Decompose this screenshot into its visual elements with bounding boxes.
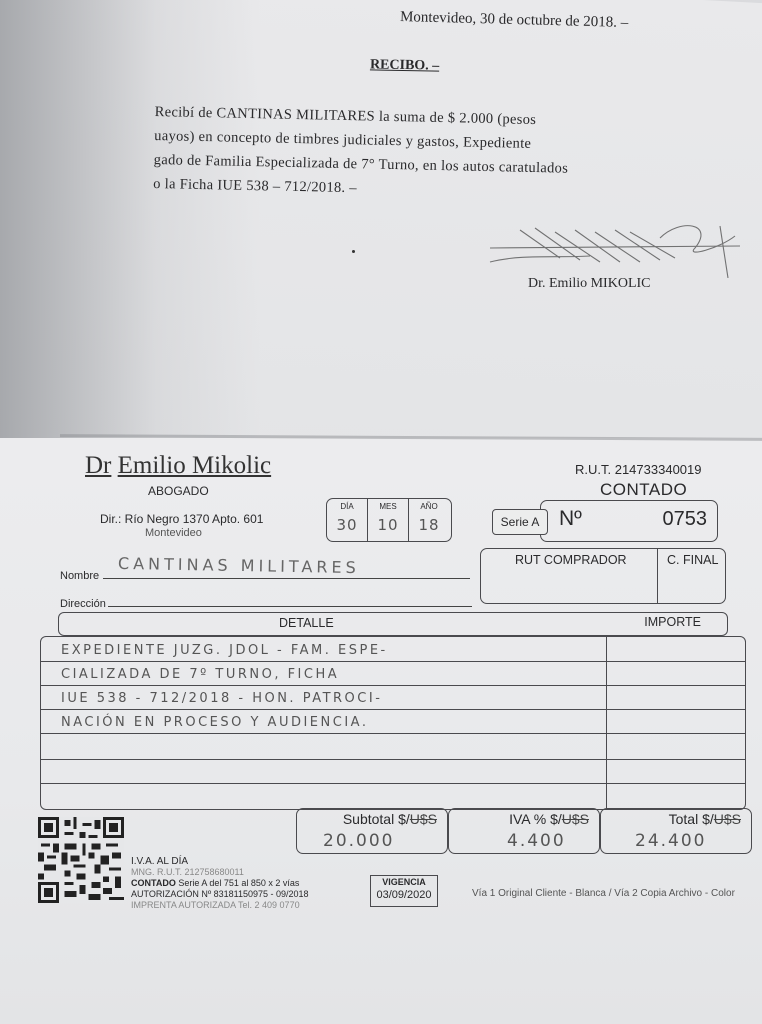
detail-table: EXPEDIENTE JUZG. JDOL - FAM. ESPE- CIALI… bbox=[40, 636, 746, 810]
year-label: AÑO bbox=[409, 502, 449, 511]
subtotal-currency-struck: U$S bbox=[410, 811, 437, 827]
issuer-address: Dir.: Río Negro 1370 Apto. 601 bbox=[100, 512, 263, 526]
detalle-label: DETALLE bbox=[279, 616, 334, 630]
issuer-city: Montevideo bbox=[145, 527, 202, 539]
vigencia-date: 03/09/2020 bbox=[371, 888, 437, 902]
total-box: Total $/U$S 24.400 bbox=[600, 808, 752, 854]
nombre-line bbox=[103, 578, 470, 579]
subtotal-label: Subtotal $/ bbox=[343, 811, 410, 827]
invoice-number: 0753 bbox=[663, 508, 708, 531]
receipt-body: Recibí de CANTINAS MILITARES la suma de … bbox=[153, 100, 675, 207]
mng-rut: MNG. R.U.T. 212758680011 bbox=[131, 867, 244, 877]
imprenta: IMPRENTA AUTORIZADA Tel. 2 409 0770 bbox=[131, 900, 300, 910]
number-label: Nº bbox=[559, 507, 582, 531]
day-label: DÍA bbox=[327, 502, 367, 511]
payment-type: CONTADO bbox=[600, 480, 687, 500]
date-box: DÍA MES AÑO 30 10 18 bbox=[326, 498, 452, 542]
direccion-label: Dirección bbox=[60, 598, 106, 610]
autorizacion: AUTORIZACIÓN Nº 83181150975 - 09/2018 bbox=[131, 889, 309, 899]
importe-label: IMPORTE bbox=[644, 615, 701, 629]
detail-header: DETALLE IMPORTE bbox=[58, 612, 728, 636]
ink-dot bbox=[352, 250, 355, 253]
total-currency-struck: U$S bbox=[714, 811, 741, 827]
issuer-fullname: Emilio Mikolic bbox=[118, 452, 271, 479]
direccion-line bbox=[108, 606, 472, 607]
contado-bold: CONTADO bbox=[131, 878, 176, 888]
contado-series-range: CONTADO Serie A del 751 al 850 x 2 vías bbox=[131, 878, 299, 888]
invoice-number-box: Nº 0753 bbox=[540, 500, 718, 542]
receipt-signatory: Dr. Emilio MIKOLIC bbox=[528, 276, 651, 292]
copies-note: Vía 1 Original Cliente - Blanca / Vía 2 … bbox=[472, 888, 735, 899]
detail-line: CIALIZADA DE 7º TURNO, FICHA bbox=[61, 667, 339, 682]
buyer-rut-box: RUT COMPRADOR C. FINAL bbox=[480, 548, 726, 604]
iva-box: IVA % $/U$S 4.400 bbox=[448, 808, 600, 854]
series-badge: Serie A bbox=[492, 509, 548, 535]
subtotal-value: 20.000 bbox=[323, 831, 394, 851]
month-value: 10 bbox=[368, 516, 408, 534]
year-value: 18 bbox=[409, 516, 449, 534]
vigencia-label: VIGENCIA bbox=[371, 876, 437, 888]
iva-label: IVA % $/ bbox=[509, 811, 562, 827]
iva-al-dia: I.V.A. AL DÍA bbox=[131, 856, 188, 867]
consumidor-final-label: C. FINAL bbox=[667, 553, 718, 567]
issuer-prefix: Dr bbox=[85, 452, 111, 479]
vigencia-box: VIGENCIA 03/09/2020 bbox=[370, 875, 438, 907]
contado-rest: Serie A del 751 al 850 x 2 vías bbox=[176, 878, 300, 888]
detail-line: NACIÓN EN PROCESO Y AUDIENCIA. bbox=[61, 715, 368, 730]
signature-scribble bbox=[480, 218, 750, 278]
day-value: 30 bbox=[327, 516, 367, 534]
detail-line: IUE 538 - 712/2018 - HON. PATROCI- bbox=[61, 691, 382, 706]
total-value: 24.400 bbox=[635, 831, 706, 851]
issuer-name: Dr Emilio Mikolic bbox=[85, 452, 271, 480]
total-label: Total $/ bbox=[669, 811, 714, 827]
iva-value: 4.400 bbox=[507, 831, 566, 851]
issuer-profession: ABOGADO bbox=[148, 484, 209, 498]
iva-currency-struck: U$S bbox=[562, 811, 589, 827]
detail-line: EXPEDIENTE JUZG. JDOL - FAM. ESPE- bbox=[61, 643, 388, 658]
receipt-title: RECIBO. – bbox=[370, 57, 440, 74]
issuer-rut: R.U.T. 214733340019 bbox=[575, 462, 701, 477]
qr-code-icon bbox=[38, 815, 124, 905]
month-label: MES bbox=[368, 502, 408, 511]
subtotal-box: Subtotal $/U$S 20.000 bbox=[296, 808, 448, 854]
nombre-label: Nombre bbox=[60, 570, 99, 582]
rut-comprador-label: RUT COMPRADOR bbox=[515, 553, 627, 567]
